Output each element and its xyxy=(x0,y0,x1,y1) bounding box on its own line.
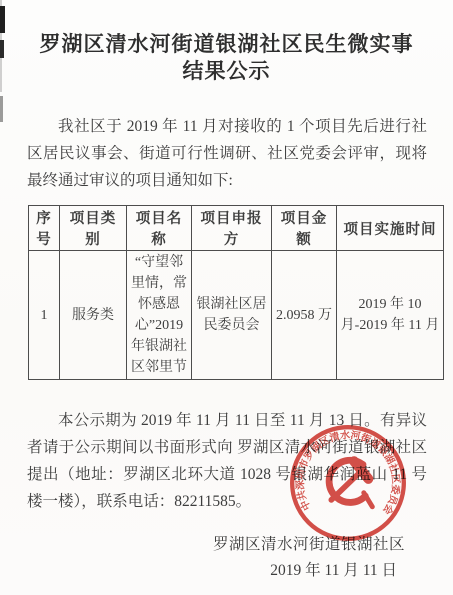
scan-artifact-mark xyxy=(0,40,4,58)
notice-paragraph: 本公示期为 2019 年 11 月 11 日至 11 月 13 日。有异议者请于… xyxy=(27,407,427,515)
signature-date: 2019 年 11 月 11 日 xyxy=(0,558,453,584)
cell-index: 1 xyxy=(29,251,60,380)
signature-org: 罗湖区清水河街道银湖社区 xyxy=(0,532,453,558)
column-header-index: 序号 xyxy=(29,206,60,251)
cell-amount: 2.0958 万 xyxy=(272,251,337,380)
signature-block: 罗湖区清水河街道银湖社区 2019 年 11 月 11 日 xyxy=(0,532,453,584)
intro-paragraph: 我社区于 2019 年 11 月对接收的 1 个项目先后进行社区居民议事会、街道… xyxy=(27,113,427,194)
page-title-line2: 结果公示 xyxy=(183,59,271,83)
scan-artifact-mark xyxy=(0,6,5,33)
document-page: 罗湖区清水河街道银湖社区民生微实事 结果公示 我社区于 2019 年 11 月对… xyxy=(0,0,453,595)
page-title-line1: 罗湖区清水河街道银湖社区民生微实事 xyxy=(40,32,414,56)
projects-table: 序号 项目类别 项目名称 项目申报方 项目金额 项目实施时间 1 服务类 “守望… xyxy=(28,205,444,380)
cell-applicant: 银湖社区居民委员会 xyxy=(192,251,272,380)
column-header-category: 项目类别 xyxy=(60,206,127,251)
column-header-applicant: 项目申报方 xyxy=(192,206,272,251)
cell-period: 2019 年 10 月-2019 年 11 月 xyxy=(337,251,444,380)
table-row: 1 服务类 “守望邻里情，常怀感恩心”2019 年银湖社区邻里节 银湖社区居民委… xyxy=(29,251,444,380)
column-header-name: 项目名称 xyxy=(127,206,192,251)
scan-artifact-mark xyxy=(0,96,3,122)
table-header-row: 序号 项目类别 项目名称 项目申报方 项目金额 项目实施时间 xyxy=(29,206,444,251)
cell-category: 服务类 xyxy=(60,251,127,380)
page-title: 罗湖区清水河街道银湖社区民生微实事 结果公示 xyxy=(20,31,433,85)
cell-name: “守望邻里情，常怀感恩心”2019 年银湖社区邻里节 xyxy=(127,251,192,380)
column-header-period: 项目实施时间 xyxy=(337,206,444,251)
column-header-amount: 项目金额 xyxy=(272,206,337,251)
